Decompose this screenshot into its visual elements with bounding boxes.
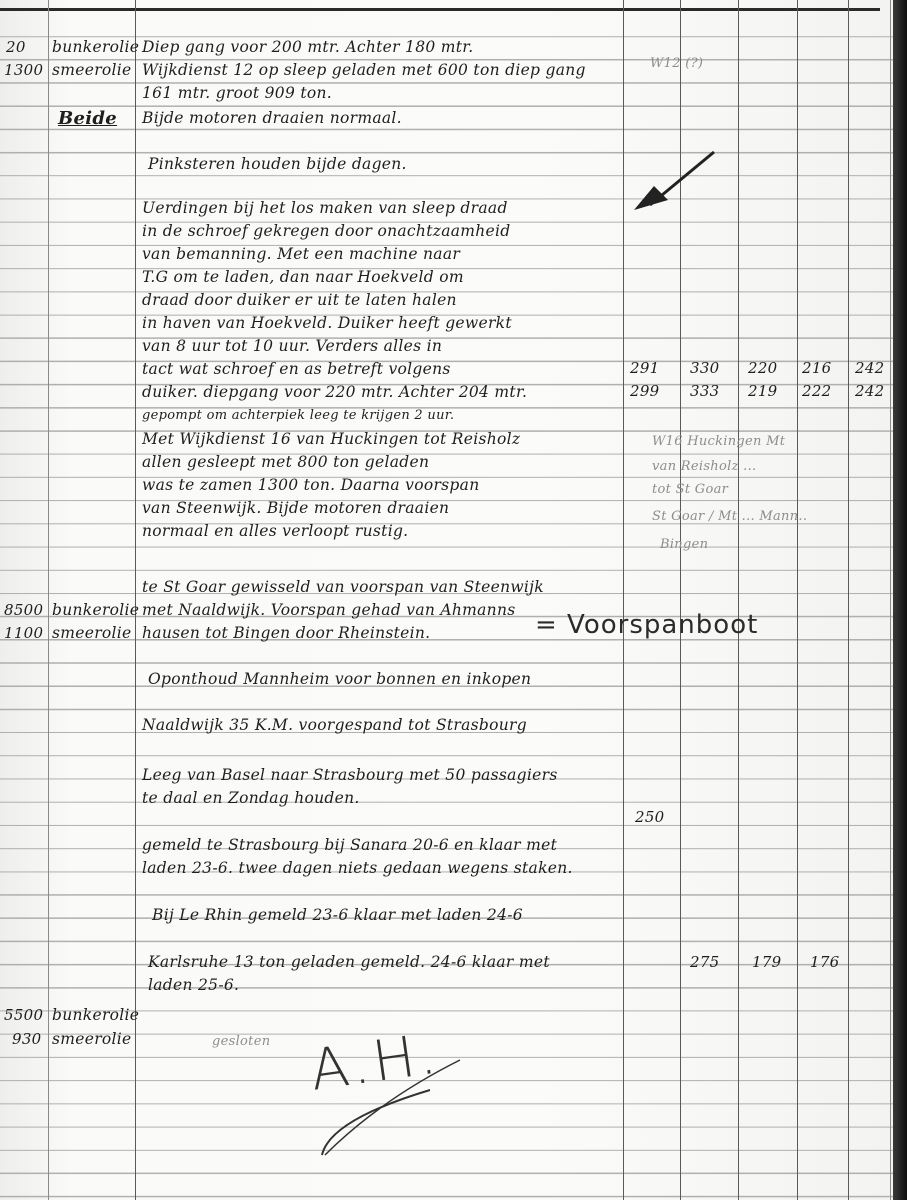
book-binding-edge [893, 0, 907, 1200]
logbook-page: 20 bunkerolie 1300 smeerolie Diep gang v… [0, 0, 893, 1200]
remark-line: Karlsruhe 13 ton geladen gemeld. 24-6 kl… [148, 951, 550, 974]
margin-note: van Reisholz ... [652, 455, 756, 478]
remark-line: gemeld te Strasbourg bij Sanara 20-6 en … [142, 834, 557, 857]
remark-line: Oponthoud Mannheim voor bonnen en inkope… [148, 668, 531, 691]
margin-note: W16 Huckingen Mt [652, 430, 785, 453]
remark-line: Naaldwijk 35 K.M. voorgespand tot Strasb… [142, 714, 527, 737]
remark-line: te daal en Zondag houden. [142, 787, 360, 810]
reading-cell: 242 [855, 357, 885, 380]
remark-line: Met Wijkdienst 16 van Huckingen tot Reis… [142, 428, 520, 451]
remark-line: Leeg van Basel naar Strasbourg met 50 pa… [142, 764, 558, 787]
remark-line: Uerdingen bij het los maken van sleep dr… [142, 197, 508, 220]
quantity-cell: 930 [12, 1028, 42, 1051]
margin-note: Bingen [660, 533, 708, 556]
margin-note: St Goar / Mt ... Mann.. [652, 505, 807, 528]
remark-line: draad door duiker er uit te laten halen [142, 289, 457, 312]
remark-line: was te zamen 1300 ton. Daarna voorspan [142, 474, 479, 497]
reading-cell: 299 [630, 380, 660, 403]
reading-cell: 176 [810, 951, 840, 974]
reading-cell: 216 [802, 357, 832, 380]
quantity-cell: 1100 [4, 622, 43, 645]
reading-cell: 291 [630, 357, 660, 380]
remark-line: allen gesleept met 800 ton geladen [142, 451, 429, 474]
reading-cell: 179 [752, 951, 782, 974]
remark-line: T.G om te laden, dan naar Hoekveld om [142, 266, 464, 289]
quantity-cell: 8500 [4, 599, 43, 622]
remark-line: tact wat schroef en as betreft volgens [142, 358, 451, 381]
remark-line: met Naaldwijk. Voorspan gehad van Ahmann… [142, 599, 516, 622]
oil-type-cell: bunkerolie [52, 1004, 139, 1027]
reading-cell: 222 [802, 380, 832, 403]
quantity-cell: 5500 [4, 1004, 43, 1027]
reading-cell: 242 [855, 380, 885, 403]
oil-type-cell: smeerolie [52, 622, 132, 645]
remark-line: in haven van Hoekveld. Duiker heeft gewe… [142, 312, 512, 335]
reading-cell: 220 [748, 357, 778, 380]
remark-line: Bij Le Rhin gemeld 23-6 klaar met laden … [152, 904, 523, 927]
remark-line: gepompt om achterpiek leeg te krijgen 2 … [142, 404, 454, 427]
remark-line: van Steenwijk. Bijde motoren draaien [142, 497, 449, 520]
margin-note: tot St Goar [652, 478, 728, 501]
oil-type-cell: bunkerolie [52, 599, 139, 622]
reading-cell: 333 [690, 380, 720, 403]
remark-line: duiker. diepgang voor 220 mtr. Achter 20… [142, 381, 527, 404]
faint-note: gesloten [212, 1030, 270, 1053]
reading-cell: 330 [690, 357, 720, 380]
reading-cell: 219 [748, 380, 778, 403]
remark-line: laden 23-6. twee dagen niets gedaan wege… [142, 857, 573, 880]
remark-line: te St Goar gewisseld van voorspan van St… [142, 576, 544, 599]
remark-line: hausen tot Bingen door Rheinstein. [142, 622, 430, 645]
reading-cell: 275 [690, 951, 720, 974]
reading-cell: 250 [635, 806, 665, 829]
oil-type-cell: smeerolie [52, 1028, 132, 1051]
remark-line: van bemanning. Met een machine naar [142, 243, 460, 266]
remark-line: normaal en alles verloopt rustig. [142, 520, 408, 543]
annotation-voorspanboot: = Voorspanboot [535, 610, 758, 640]
remark-line: in de schroef gekregen door onachtzaamhe… [142, 220, 511, 243]
remark-line: laden 25-6. [148, 974, 239, 997]
remark-line: van 8 uur tot 10 uur. Verders alles in [142, 335, 442, 358]
